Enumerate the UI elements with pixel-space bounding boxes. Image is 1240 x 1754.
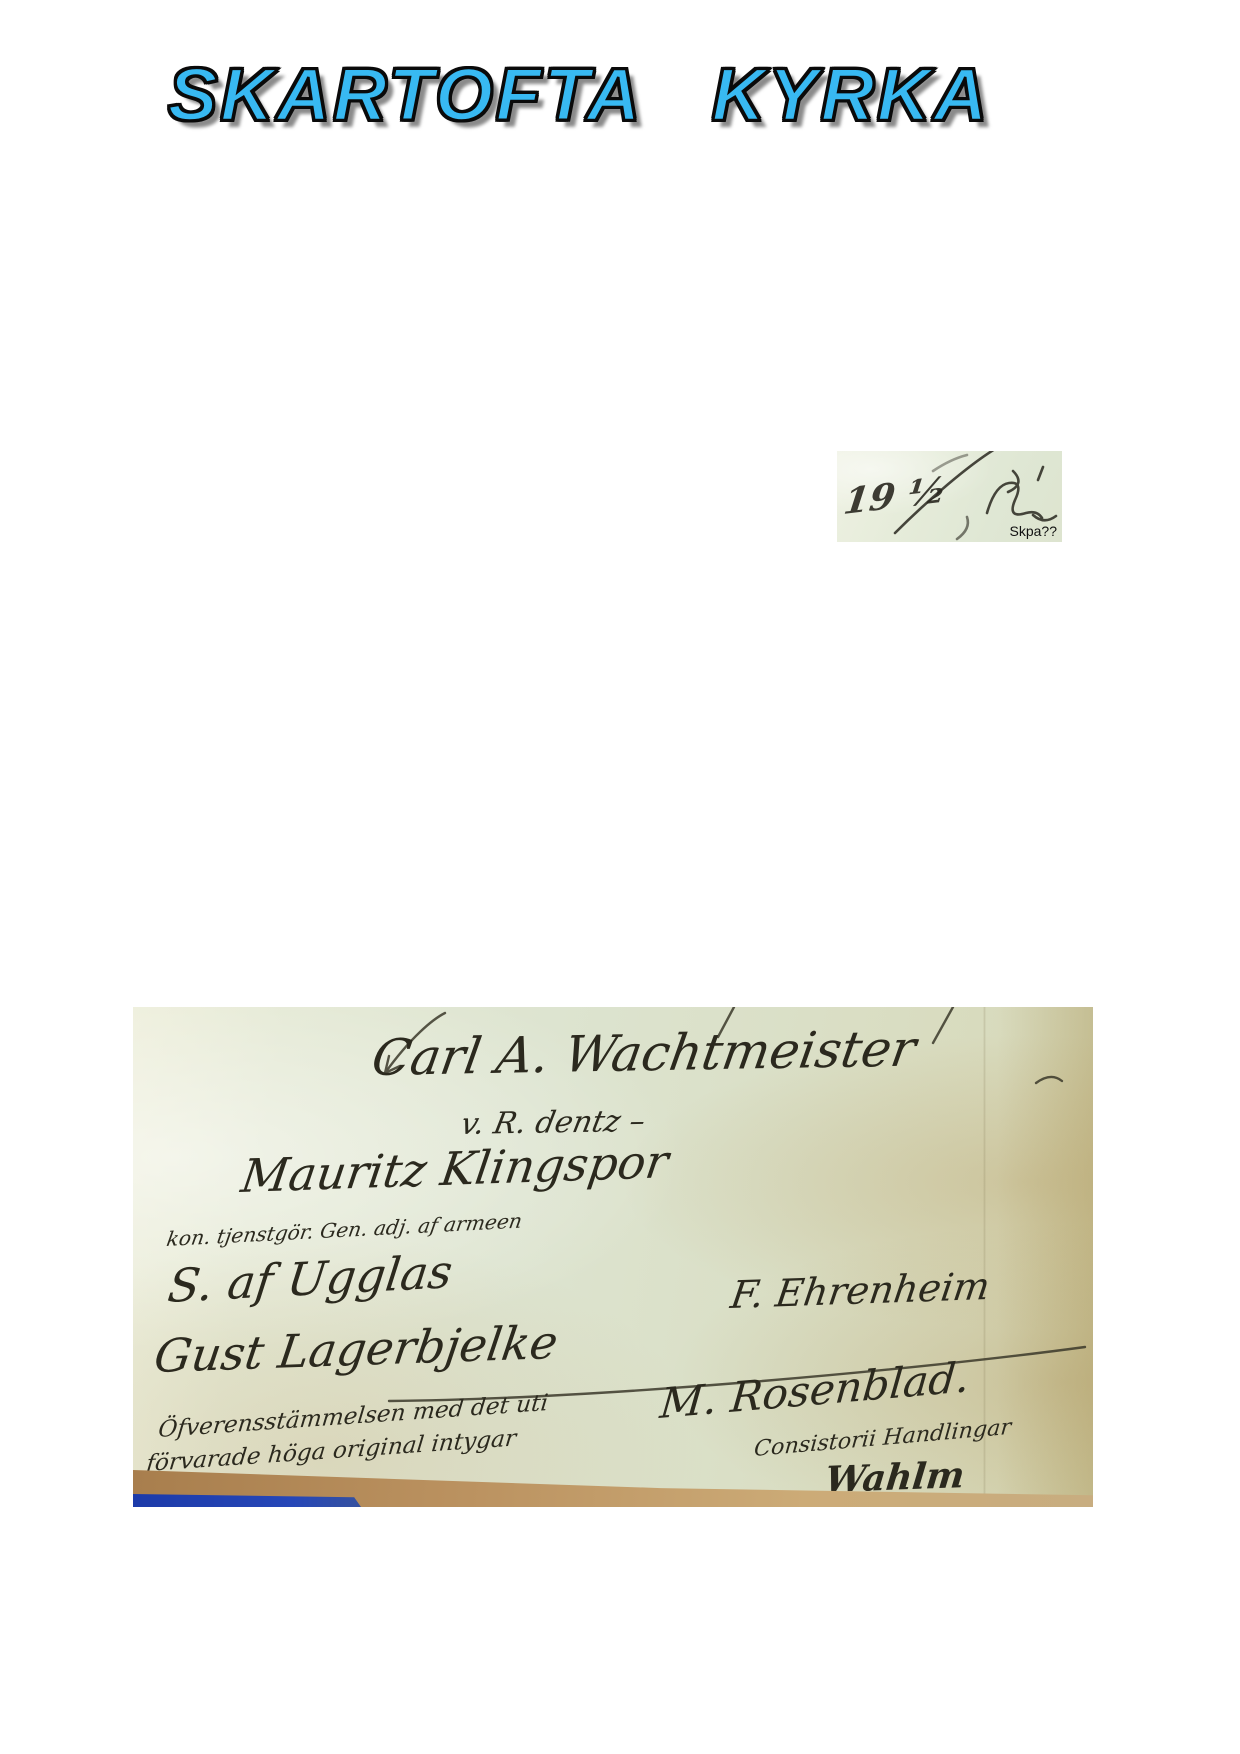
signature-gust-lagerbjelke: Gust Lagerbjelke xyxy=(151,1315,561,1383)
snippet-caption: Skpa?? xyxy=(1010,523,1057,539)
signature-mauritz-klingspor: Mauritz Klingspor xyxy=(238,1134,672,1203)
record-snippet-image: 19 ½ Skpa?? xyxy=(837,451,1062,542)
signature-klingspor-title: kon. tjenstgör. Gen. adj. af armeen xyxy=(165,1209,524,1251)
attestation-text-line-3: Consistorii Handlingar xyxy=(753,1415,1012,1462)
signature-s-af-ugglas: S. af Ugglas xyxy=(165,1244,455,1313)
manuscript-image: Carl A. Wachtmeister v. R. dentz – Mauri… xyxy=(133,1007,1093,1507)
signature-f-ehrenheim: F. Ehrenheim xyxy=(728,1264,993,1317)
signature-m-rosenblad: M. Rosenblad. xyxy=(658,1353,972,1428)
signature-carl-wachtmeister: Carl A. Wachtmeister xyxy=(368,1020,920,1087)
document-page: SKARTOFTA KYRKA 19 ½ Skpa?? xyxy=(0,0,1240,1754)
page-title: SKARTOFTA KYRKA xyxy=(168,52,990,137)
handwritten-amount: 19 ½ xyxy=(841,469,949,523)
